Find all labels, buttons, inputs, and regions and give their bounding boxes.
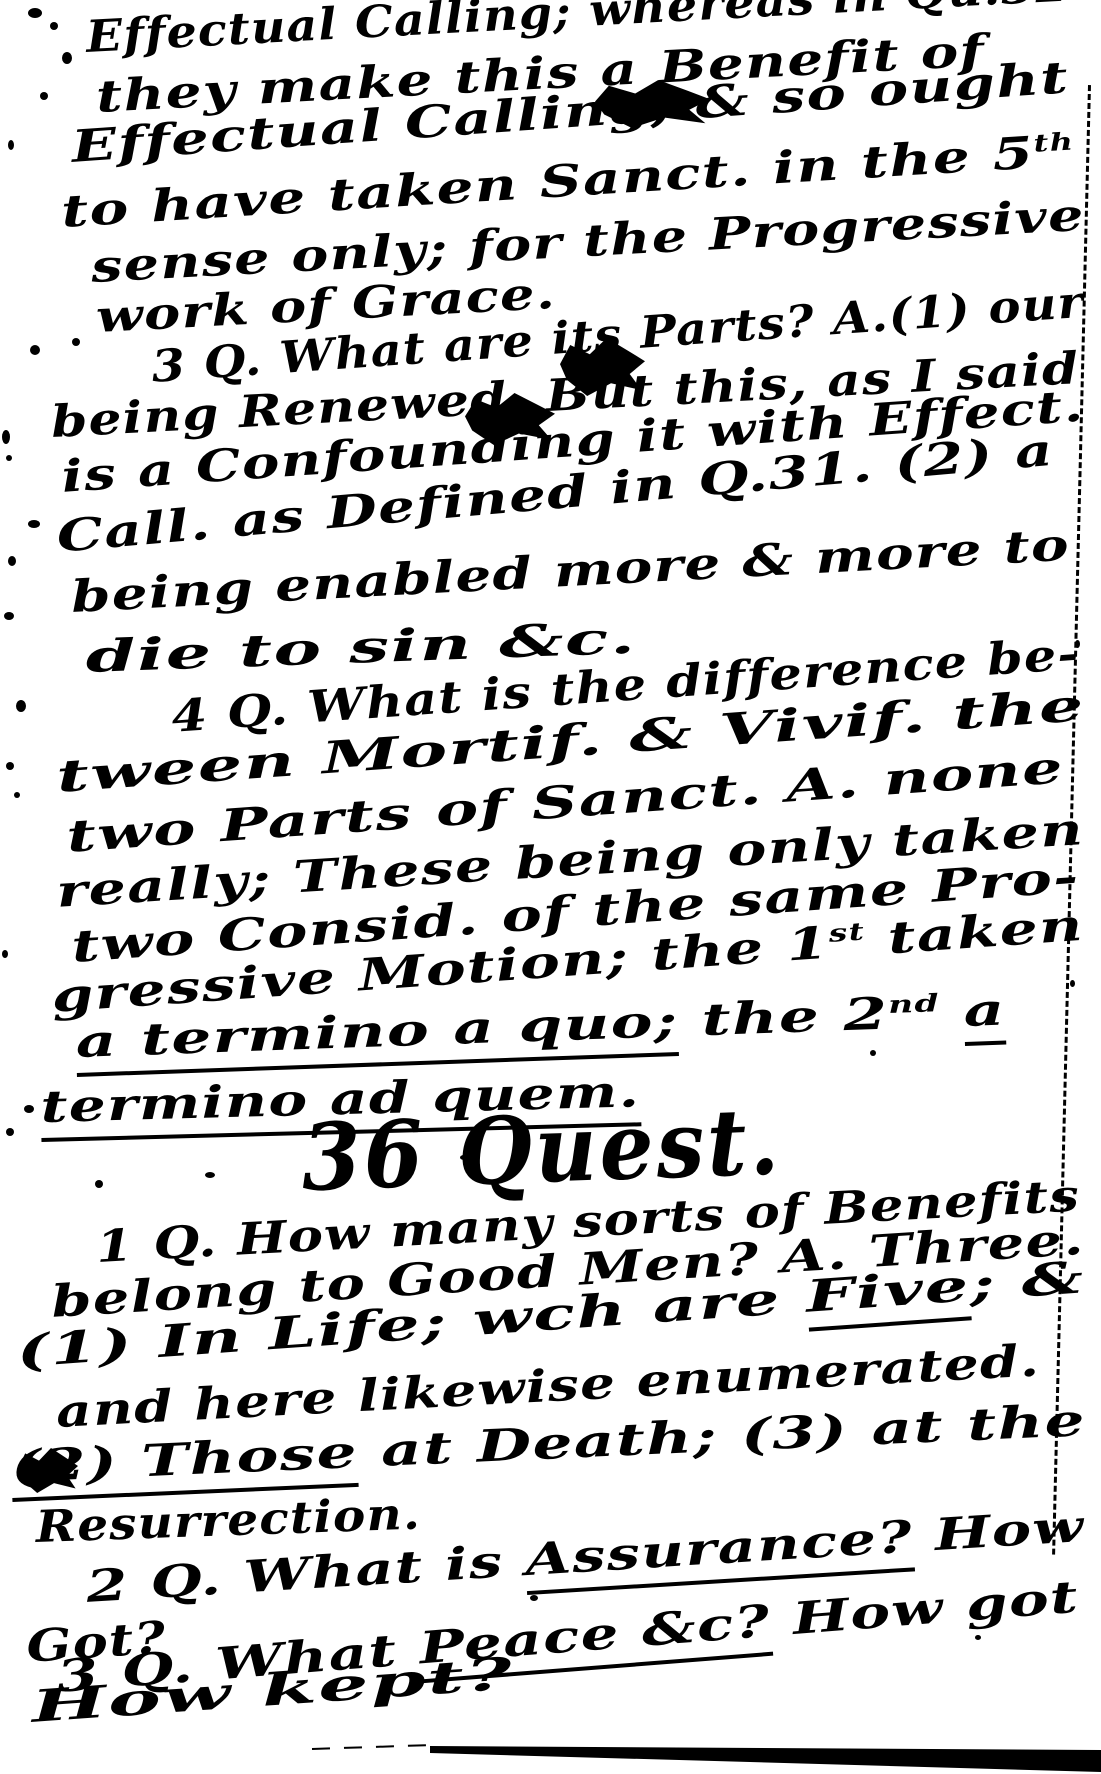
text-segment: the 2 bbox=[678, 989, 890, 1047]
ink-speck bbox=[205, 1172, 215, 1178]
ink-speck bbox=[4, 612, 14, 620]
ink-speck bbox=[8, 140, 14, 150]
ink-speck bbox=[345, 1160, 351, 1166]
ink-speck bbox=[8, 556, 16, 566]
ink-speck bbox=[28, 520, 40, 528]
ink-speck bbox=[16, 700, 26, 712]
ink-speck bbox=[6, 1128, 14, 1136]
underlined-phrase: a bbox=[963, 985, 1007, 1046]
ink-speck bbox=[870, 1050, 876, 1056]
ink-speck bbox=[24, 1105, 34, 1113]
ink-speck bbox=[28, 8, 42, 18]
text-segment: ; & bbox=[968, 1252, 1087, 1311]
underlined-phrase: Five bbox=[804, 1260, 972, 1331]
ink-speck bbox=[2, 430, 10, 444]
ink-speck bbox=[6, 762, 14, 770]
ink-speck bbox=[40, 92, 48, 100]
ink-speck bbox=[530, 1595, 538, 1601]
ink-speck bbox=[1075, 640, 1080, 648]
text-segment: nd bbox=[888, 988, 941, 1019]
text-segment: st bbox=[828, 916, 866, 947]
ink-speck bbox=[62, 52, 72, 64]
ink-speck bbox=[50, 22, 58, 30]
ink-speck bbox=[460, 1155, 468, 1160]
ink-speck bbox=[95, 1180, 103, 1188]
text-segment: How bbox=[911, 1501, 1085, 1562]
ink-speck bbox=[2, 950, 8, 958]
ink-speck bbox=[1070, 980, 1075, 987]
ink-speck bbox=[950, 1285, 956, 1291]
text-segment: th bbox=[1033, 126, 1075, 157]
ink-speck bbox=[30, 345, 40, 355]
text-segment bbox=[939, 986, 964, 1038]
ink-speck bbox=[72, 338, 80, 346]
ink-speck bbox=[6, 455, 12, 461]
manuscript-page: Effectual Calling; whereas in Qu.32they … bbox=[0, 0, 1101, 1774]
ink-speck bbox=[14, 792, 20, 798]
ink-speck bbox=[975, 1635, 981, 1640]
